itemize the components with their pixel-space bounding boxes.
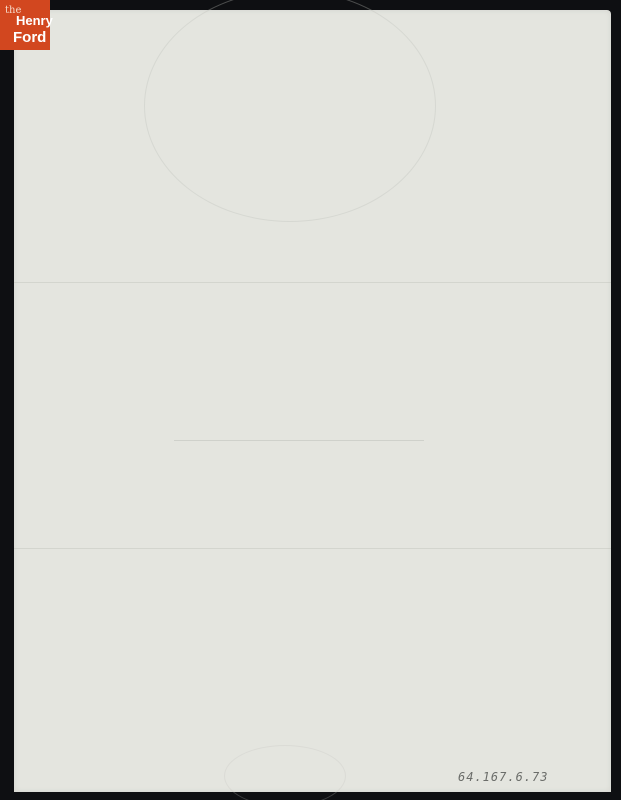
document-paper bbox=[14, 10, 611, 792]
logo-henry: Henry bbox=[16, 14, 53, 28]
bottom-seal-show-through bbox=[224, 745, 346, 800]
logo-ford: Ford bbox=[13, 29, 46, 46]
henry-ford-logo: the Henry Ford bbox=[0, 0, 50, 50]
fold-line bbox=[14, 548, 611, 549]
fold-line bbox=[14, 282, 611, 283]
show-through-text-line bbox=[174, 440, 424, 441]
catalog-number: 64.167.6.73 bbox=[458, 770, 548, 784]
letterhead-seal-show-through bbox=[144, 0, 436, 222]
